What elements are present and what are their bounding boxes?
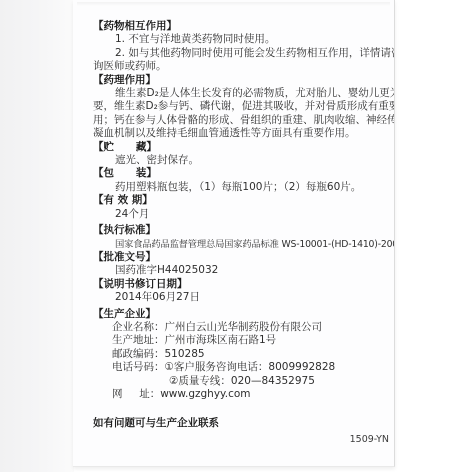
validity-line-1: 24个月 xyxy=(93,208,389,221)
contact-note: 如有问题可与生产企业联系 xyxy=(93,417,389,430)
storage-line-1: 遮光、密封保存。 xyxy=(93,154,389,167)
drug-interactions-line-1: 1. 不宜与洋地黄类药物同时使用。 xyxy=(93,33,389,46)
section-drug-interactions-header: 【药物相互作用】 xyxy=(93,20,389,33)
photo-backdrop xyxy=(0,0,74,472)
section-revision-date-header: 【说明书修订日期】 xyxy=(93,278,389,291)
insert-code: 1509-YN xyxy=(93,433,389,446)
pharmacology-line-2: 要，维生素D₂参与钙、磷代谢，促进其吸收，并对骨质形成有重要作 xyxy=(93,100,389,113)
section-standard-header: 【执行标准】 xyxy=(93,224,389,237)
package-insert-photo: 【药物相互作用】 1. 不宜与洋地黄类药物同时使用。 2. 如与其他药物同时使用… xyxy=(0,0,472,472)
insert-paper-sheet: 【药物相互作用】 1. 不宜与洋地黄类药物同时使用。 2. 如与其他药物同时使用… xyxy=(73,0,395,467)
section-approval-number-header: 【批准文号】 xyxy=(93,251,389,264)
revision-date-line-1: 2014年06月27日 xyxy=(93,291,389,304)
manufacturer-phone-line-2: ②质量专线：020—84352975 xyxy=(93,375,389,388)
standard-line-1: 国家食品药品监督管理总局国家药品标准 WS-10001-(HD-1410)-20… xyxy=(93,238,389,251)
drug-interactions-line-2: 2. 如与其他药物同时使用可能会发生药物相互作用，详情请咨 xyxy=(93,47,389,60)
manufacturer-company-name: 企业名称：广州白云山光华制药股份有限公司 xyxy=(93,321,389,334)
section-packaging-header: 【包 装】 xyxy=(93,167,389,180)
manufacturer-address: 生产地址：广州市海珠区南石路1号 xyxy=(93,334,389,347)
packaging-line-1: 药用塑料瓶包装，（1）每瓶100片；（2）每瓶60片。 xyxy=(93,181,389,194)
section-manufacturer-header: 【生产企业】 xyxy=(93,308,389,321)
pharmacology-line-3: 用；钙在参与人体骨骼的形成、骨组织的重建、肌肉收缩、神经传递、 xyxy=(93,114,389,127)
pharmacology-line-1: 维生素D₂是人体生长发育的必需物质，尤对胎儿、婴幼儿更为重 xyxy=(93,87,389,100)
manufacturer-website: 网 址：www.gzghyy.com xyxy=(93,388,389,401)
drug-interactions-line-3: 询医师或药师。 xyxy=(93,60,389,73)
section-storage-header: 【贮 藏】 xyxy=(93,141,389,154)
section-validity-header: 【有 效 期】 xyxy=(93,194,389,207)
pharmacology-line-4: 凝血机制以及维持毛细血管通透性等方面具有重要作用。 xyxy=(93,127,389,140)
approval-number-line-1: 国药准字H44025032 xyxy=(93,264,389,277)
section-pharmacology-header: 【药理作用】 xyxy=(93,74,389,87)
insert-text-block: 【药物相互作用】 1. 不宜与洋地黄类药物同时使用。 2. 如与其他药物同时使用… xyxy=(93,20,389,446)
manufacturer-postal-code: 邮政编码：510285 xyxy=(93,348,389,361)
manufacturer-phone-line-1: 电话号码：①客户服务咨询电话：8009992828 xyxy=(93,361,389,374)
